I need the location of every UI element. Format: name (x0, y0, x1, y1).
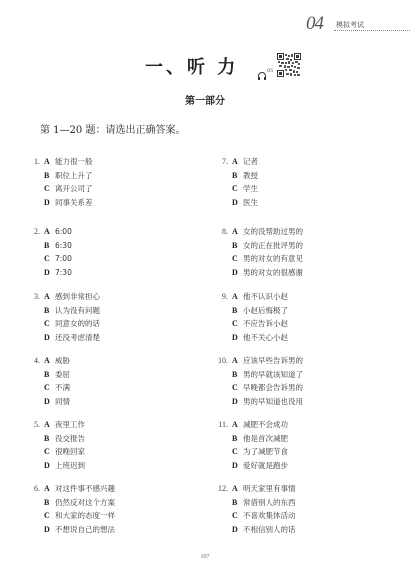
option-a[interactable]: A明天家里有事情 (208, 482, 378, 496)
option-letter: A (44, 418, 55, 432)
option-letter: C (232, 445, 243, 459)
option-a[interactable]: A夜里工作 (20, 418, 190, 432)
question-4: 4. A威胁 B委屈 C不满 D同情 (20, 354, 190, 408)
option-text: 男的早知道也没用 (243, 397, 303, 406)
question-8: 8. A女的没帮助过男的 B女的正在批评男的 C男的对女的有意见 D男的对女的很… (208, 225, 378, 279)
option-text: 7:00 (55, 254, 72, 263)
question-5: 5. A夜里工作 B没交报告 C很晚回家 D上班迟到 (20, 418, 190, 472)
option-letter: B (44, 304, 55, 318)
option-letter: B (232, 169, 243, 183)
option-text: 同意女的的话 (55, 319, 100, 328)
option-letter: D (44, 459, 55, 473)
option-b[interactable]: B职位上升了 (20, 169, 190, 183)
option-text: 不喜欢集体活动 (243, 511, 296, 520)
option-b[interactable]: B他是首次减肥 (208, 432, 378, 446)
option-letter: D (44, 331, 55, 345)
section-title: 一、听 力 (145, 57, 238, 79)
question-11: 11. A减肥不会成功 B他是首次减肥 C为了减肥节食 D爱好就是跑步 (208, 418, 378, 472)
option-c[interactable]: C和大家的态度一样 (20, 509, 190, 523)
option-a[interactable]: A他不认识小赵 (208, 290, 378, 304)
option-d[interactable]: D7:30 (20, 266, 190, 280)
question-2: 2. A6:00 B6:30 C7:00 D7:30 (20, 225, 190, 279)
option-letter: A (232, 354, 243, 368)
option-a[interactable]: A对这件事不感兴趣 (20, 482, 190, 496)
option-d[interactable]: D不相信别人的话 (208, 523, 378, 537)
option-letter: D (44, 523, 55, 537)
qr-code-icon (277, 53, 301, 77)
option-text: 认为没有问题 (55, 306, 100, 315)
option-b[interactable]: B男的早就该知道了 (208, 368, 378, 382)
option-text: 不想说自己的想法 (55, 525, 115, 534)
option-b[interactable]: B认为没有问题 (20, 304, 190, 318)
option-letter: B (44, 169, 55, 183)
option-letter: B (232, 304, 243, 318)
question-7: 7. A记者 B教授 C学生 D医生 (208, 155, 378, 209)
option-letter: C (44, 509, 55, 523)
option-text: 明天家里有事情 (243, 484, 296, 493)
option-d[interactable]: D爱好就是跑步 (208, 459, 378, 473)
option-text: 对这件事不感兴趣 (55, 484, 115, 493)
option-text: 女的没帮助过男的 (243, 227, 303, 236)
option-b[interactable]: B女的正在批评男的 (208, 239, 378, 253)
option-text: 还没考虑清楚 (55, 333, 100, 342)
page-number: 107 (0, 554, 410, 560)
option-letter: D (232, 196, 243, 210)
option-c[interactable]: C男的对女的有意见 (208, 252, 378, 266)
option-text: 女的正在批评男的 (243, 241, 303, 250)
option-text: 为了减肥节食 (243, 447, 288, 456)
option-b[interactable]: B没交报告 (20, 432, 190, 446)
option-letter: D (44, 395, 55, 409)
option-text: 男的早就该知道了 (243, 370, 303, 379)
option-text: 他不关心小赵 (243, 333, 288, 342)
option-text: 同情 (55, 397, 70, 406)
part-title: 第一部分 (0, 95, 410, 109)
option-letter: A (44, 290, 55, 304)
option-a[interactable]: A感到非常担心 (20, 290, 190, 304)
option-letter: C (44, 381, 55, 395)
option-text: 离开公司了 (55, 184, 93, 193)
option-text: 记者 (243, 157, 258, 166)
option-d[interactable]: D男的早知道也没用 (208, 395, 378, 409)
option-letter: C (232, 509, 243, 523)
option-letter: C (44, 445, 55, 459)
option-letter: D (44, 196, 55, 210)
option-letter: C (232, 182, 243, 196)
option-text: 感到非常担心 (55, 292, 100, 301)
option-d[interactable]: D同事关系差 (20, 196, 190, 210)
option-letter: C (232, 381, 243, 395)
option-text: 他不认识小赵 (243, 292, 288, 301)
option-text: 减肥不会成功 (243, 420, 288, 429)
option-letter: D (232, 331, 243, 345)
question-3: 3. A感到非常担心 B认为没有问题 C同意女的的话 D还没考虑清楚 (20, 290, 190, 344)
option-letter: D (232, 395, 243, 409)
option-text: 男的对女的很感谢 (243, 268, 303, 277)
option-text: 能力很一般 (55, 157, 93, 166)
option-letter: D (232, 266, 243, 280)
option-d[interactable]: D男的对女的很感谢 (208, 266, 378, 280)
option-letter: D (44, 266, 55, 280)
option-letter: B (44, 368, 55, 382)
option-text: 职位上升了 (55, 171, 93, 180)
option-text: 男的对女的有意见 (243, 254, 303, 263)
option-c[interactable]: C7:00 (20, 252, 190, 266)
option-text: 仍然反对这个方案 (55, 498, 115, 507)
option-d[interactable]: D他不关心小赵 (208, 331, 378, 345)
option-text: 和大家的态度一样 (55, 511, 115, 520)
option-c[interactable]: C不应告诉小赵 (208, 317, 378, 331)
option-b[interactable]: B6:30 (20, 239, 190, 253)
option-a[interactable]: A威胁 (20, 354, 190, 368)
option-a[interactable]: A减肥不会成功 (208, 418, 378, 432)
option-text: 没交报告 (55, 434, 85, 443)
option-b[interactable]: B常借别人的东西 (208, 496, 378, 510)
question-9: 9. A他不认识小赵 B小赵后悔极了 C不应告诉小赵 D他不关心小赵 (208, 290, 378, 344)
option-text: 应该早些告诉男的 (243, 356, 303, 365)
option-text: 不满 (55, 383, 70, 392)
option-text: 上班迟到 (55, 461, 85, 470)
option-letter: C (232, 317, 243, 331)
option-letter: A (44, 482, 55, 496)
chapter-header: 04 模拟考试 (306, 14, 410, 34)
option-c[interactable]: C不喜欢集体活动 (208, 509, 378, 523)
option-letter: C (44, 317, 55, 331)
option-text: 不应告诉小赵 (243, 319, 288, 328)
option-letter: C (44, 182, 55, 196)
option-letter: A (44, 155, 55, 169)
option-text: 常借别人的东西 (243, 498, 296, 507)
option-letter: A (232, 225, 243, 239)
header-divider (334, 30, 410, 31)
option-text: 委屈 (55, 370, 70, 379)
option-text: 6:30 (55, 241, 72, 250)
option-text: 早晚都会告诉男的 (243, 383, 303, 392)
option-letter: D (232, 459, 243, 473)
option-letter: A (232, 418, 243, 432)
question-6: 6. A对这件事不感兴趣 B仍然反对这个方案 C和大家的态度一样 D不想说自己的… (20, 482, 190, 536)
option-a[interactable]: A6:00 (20, 225, 190, 239)
option-text: 不相信别人的话 (243, 525, 296, 534)
option-letter: A (232, 290, 243, 304)
option-text: 很晚回家 (55, 447, 85, 456)
option-a[interactable]: A记者 (208, 155, 378, 169)
question-12: 12. A明天家里有事情 B常借别人的东西 C不喜欢集体活动 D不相信别人的话 (208, 482, 378, 536)
question-10: 10. A应该早些告诉男的 B男的早就该知道了 C早晚都会告诉男的 D男的早知道… (208, 354, 378, 408)
option-d[interactable]: D上班迟到 (20, 459, 190, 473)
option-text: 小赵后悔极了 (243, 306, 288, 315)
option-letter: B (44, 239, 55, 253)
option-letter: C (232, 252, 243, 266)
option-c[interactable]: C早晚都会告诉男的 (208, 381, 378, 395)
option-c[interactable]: C同意女的的话 (20, 317, 190, 331)
option-text: 爱好就是跑步 (243, 461, 288, 470)
option-letter: B (232, 496, 243, 510)
option-a[interactable]: A应该早些告诉男的 (208, 354, 378, 368)
option-b[interactable]: B仍然反对这个方案 (20, 496, 190, 510)
option-letter: B (44, 496, 55, 510)
option-text: 医生 (243, 198, 258, 207)
instruction-text: 第 1—20 题：请选出正确答案。 (40, 124, 185, 138)
option-text: 学生 (243, 184, 258, 193)
option-c[interactable]: C学生 (208, 182, 378, 196)
option-letter: C (44, 252, 55, 266)
option-letter: B (232, 432, 243, 446)
option-b[interactable]: B教授 (208, 169, 378, 183)
audio-track-number: 05 (267, 67, 273, 75)
option-text: 夜里工作 (55, 420, 85, 429)
chapter-label: 模拟考试 (336, 20, 364, 30)
option-letter: D (232, 523, 243, 537)
option-d[interactable]: D同情 (20, 395, 190, 409)
option-letter: A (232, 155, 243, 169)
option-text: 同事关系差 (55, 198, 93, 207)
option-text: 威胁 (55, 356, 70, 365)
option-letter: B (232, 239, 243, 253)
headphones-icon (257, 66, 267, 76)
option-a[interactable]: A能力很一般 (20, 155, 190, 169)
option-c[interactable]: C很晚回家 (20, 445, 190, 459)
option-d[interactable]: D还没考虑清楚 (20, 331, 190, 345)
option-c[interactable]: C不满 (20, 381, 190, 395)
option-b[interactable]: B委屈 (20, 368, 190, 382)
option-c[interactable]: C离开公司了 (20, 182, 190, 196)
option-text: 7:30 (55, 268, 72, 277)
option-letter: A (44, 354, 55, 368)
question-1: 1. A能力很一般 B职位上升了 C离开公司了 D同事关系差 (20, 155, 190, 209)
option-b[interactable]: B小赵后悔极了 (208, 304, 378, 318)
option-letter: B (232, 368, 243, 382)
option-d[interactable]: D不想说自己的想法 (20, 523, 190, 537)
option-d[interactable]: D医生 (208, 196, 378, 210)
option-text: 教授 (243, 171, 258, 180)
option-text: 他是首次减肥 (243, 434, 288, 443)
option-letter: B (44, 432, 55, 446)
option-a[interactable]: A女的没帮助过男的 (208, 225, 378, 239)
option-letter: A (44, 225, 55, 239)
chapter-number: 04 (306, 14, 323, 34)
option-text: 6:00 (55, 227, 72, 236)
option-c[interactable]: C为了减肥节食 (208, 445, 378, 459)
option-letter: A (232, 482, 243, 496)
